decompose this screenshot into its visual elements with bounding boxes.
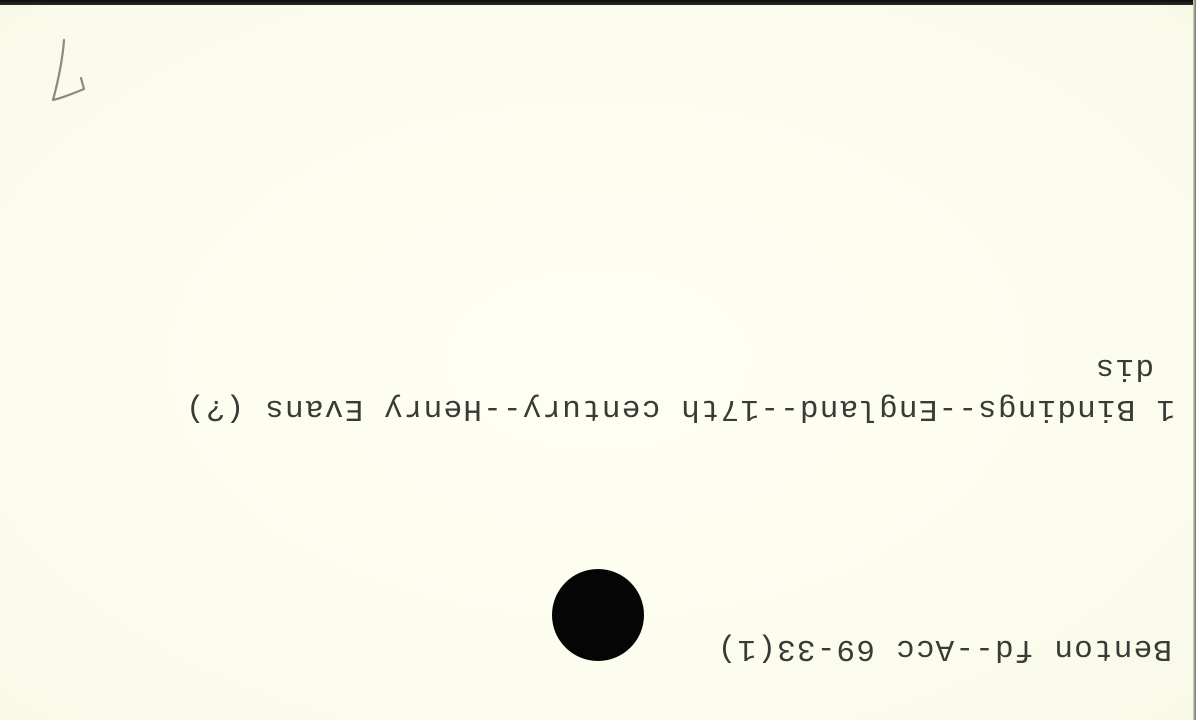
scan-top-edge xyxy=(0,0,1196,5)
punch-hole xyxy=(552,569,644,661)
subject-heading-line: 1 Bindings--England--17th century--Henry… xyxy=(163,393,1175,424)
handwritten-number-mark: 7 xyxy=(40,34,100,114)
subject-continuation-line: dis xyxy=(1106,352,1154,383)
accession-line: Benton fd--Acc 69-33(1) xyxy=(700,633,1172,664)
catalog-card: 7 1 Bindings--England--17th century--Hen… xyxy=(0,0,1196,720)
